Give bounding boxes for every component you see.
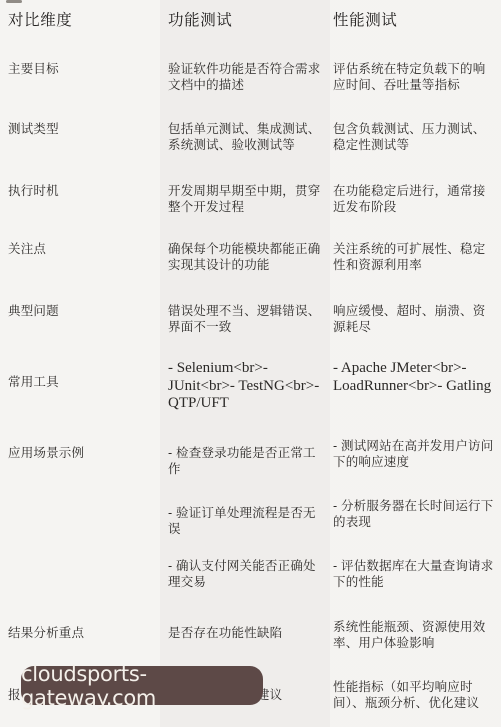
crop-artifact [6,0,22,3]
performance-cell: 在功能稳定后进行，通常接近发布阶段 [333,184,497,215]
row-label: 关注点 [8,242,158,258]
row-label: 结果分析重点 [8,620,158,642]
row-label: 执行时机 [8,184,158,200]
performance-cell: - 分析服务器在长时间运行下的表现 [333,499,497,530]
functional-cell: - 检查登录功能是否正常工作 [168,439,326,477]
functional-cell: 包括单元测试、集成测试、系统测试、验收测试等 [168,122,326,153]
performance-cell: 系统性能瓶颈、资源使用效率、用户体验影响 [333,620,497,651]
functional-cell: 是否存在功能性缺陷 [168,620,326,642]
performance-cell: 性能指标（如平均响应时间）、瓶颈分析、优化建议 [333,680,497,711]
row-label: 常用工具 [8,360,158,391]
performance-cell: - 评估数据库在大量查询请求下的性能 [333,559,497,590]
row-label: 典型问题 [8,304,158,320]
row-label: 测试类型 [8,122,158,138]
performance-cell: - Apache JMeter<br>- LoadRunner<br>- Gat… [333,360,497,395]
performance-cell: - 测试网站在高并发用户访问下的响应速度 [333,439,497,470]
functional-cell: 错误处理不当、逻辑错误、界面不一致 [168,304,326,335]
functional-cell: 验证软件功能是否符合需求文档中的描述 [168,62,326,93]
performance-cell: 响应缓慢、超时、崩溃、资源耗尽 [333,304,497,335]
performance-cell: 评估系统在特定负载下的响应时间、吞吐量等指标 [333,62,497,93]
row-label: 主要目标 [8,62,158,78]
watermark-text: cloudsports-gateway.com [21,662,263,710]
header-functional-testing: 功能测试 [168,13,326,29]
functional-cell: - 验证订单处理流程是否无误 [168,499,326,537]
performance-cell: 包含负载测试、压力测试、稳定性测试等 [333,122,497,153]
performance-cell: 关注系统的可扩展性、稳定性和资源利用率 [333,242,497,273]
header-dimension: 对比维度 [8,13,158,29]
functional-cell: - Selenium<br>- JUnit<br>- TestNG<br>- Q… [168,360,326,413]
functional-cell: 确保每个功能模块都能正确实现其设计的功能 [168,242,326,273]
functional-cell: 开发周期早期至中期，贯穿整个开发过程 [168,184,326,215]
functional-cell: - 确认支付网关能否正确处理交易 [168,559,326,590]
header-performance-testing: 性能测试 [333,13,497,29]
row-label: 应用场景示例 [8,439,158,462]
comparison-table-page: 对比维度 功能测试 性能测试 主要目标 验证软件功能是否符合需求文档中的描述 评… [0,0,501,727]
watermark-badge: cloudsports-gateway.com [21,666,263,705]
